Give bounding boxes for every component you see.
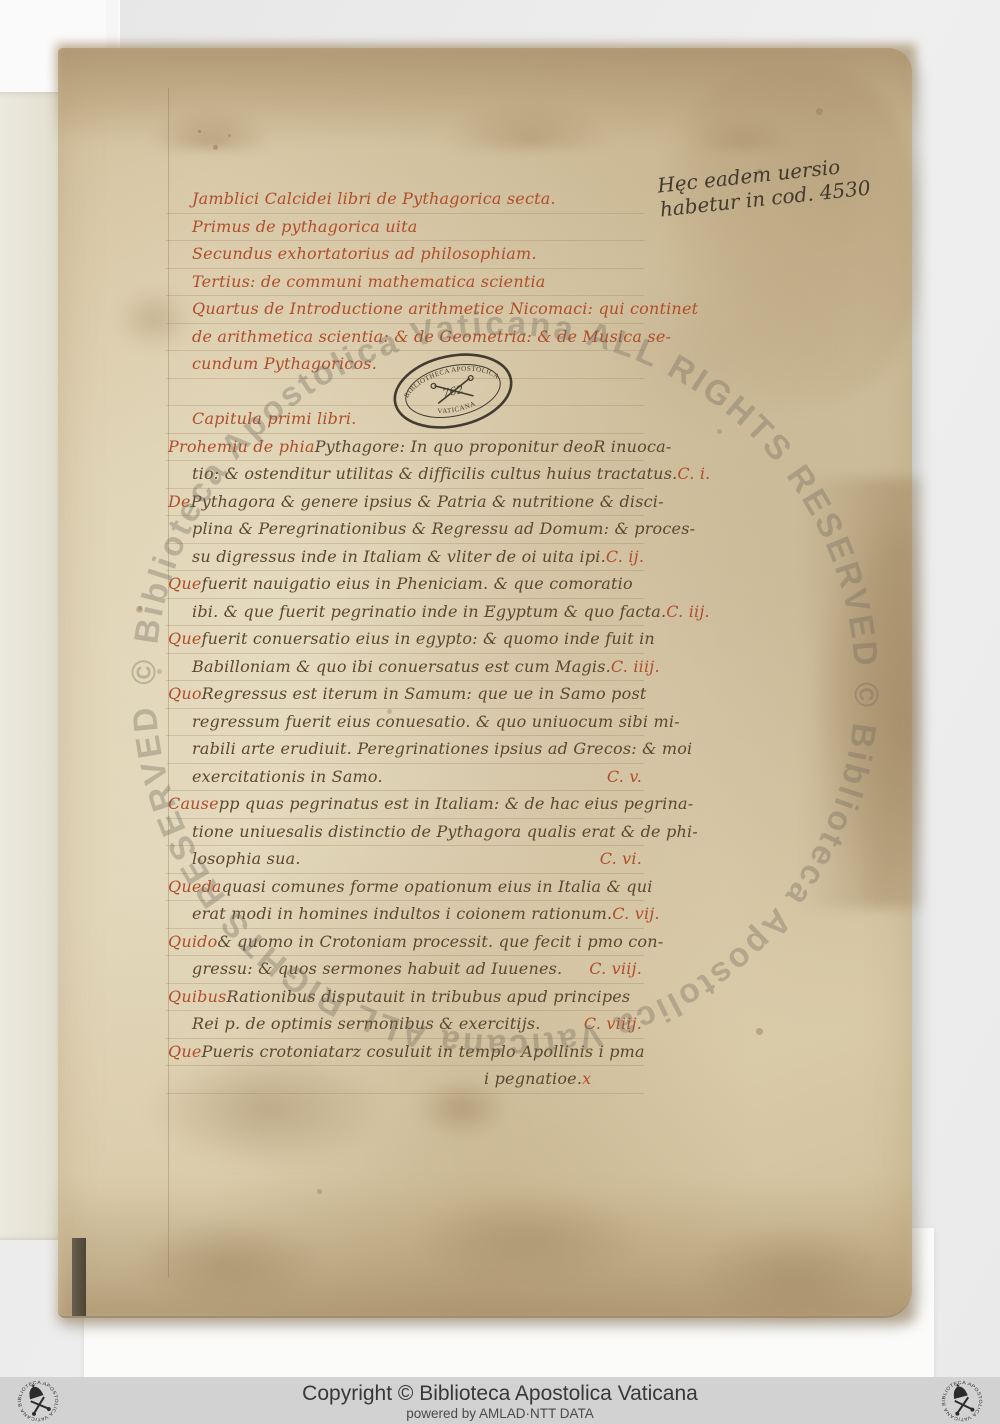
chapter-entry-line: De Pythagora & genere ipsius & Patria & … [166, 489, 644, 517]
manuscript-text-segment: Queda [168, 874, 222, 901]
manuscript-text-segment: erat modi in homines indultos i coionem … [192, 901, 612, 928]
manuscript-text-segment: fuerit nauigatio eius in Pheniciam. & qu… [202, 571, 633, 598]
manuscript-text-segment: Capitula primi libri. [192, 406, 357, 433]
manuscript-text-segment: Babilloniam & quo ibi conuersatus est cu… [192, 654, 611, 681]
svg-text:BIBLIOTECA APOSTOLICA VATICANA: BIBLIOTECA APOSTOLICA VATICANA [936, 1375, 988, 1424]
manuscript-text-segment: de arithmetica scientia: & de Geometria:… [192, 324, 671, 351]
footer-copyright: Copyright © Biblioteca Apostolica Vatica… [0, 1382, 1000, 1406]
digitized-manuscript-viewer: Jamblici Calcidei libri de Pythagorica s… [0, 0, 1000, 1424]
chapter-entry-line: Cause pp quas pegrinatus est in Italiam:… [166, 791, 644, 819]
chapter-number-ref: C. iij. [666, 599, 712, 626]
manuscript-text-segment: Quido [168, 929, 217, 956]
manuscript-text-segment: Jamblici Calcidei libri de Pythagorica s… [192, 186, 556, 213]
manuscript-text-segment: rabili arte erudiuit. Peregrinationes ip… [192, 736, 692, 763]
manuscript-heading-line: Quartus de Introductione arithmetice Nic… [166, 296, 644, 324]
chapter-entry-line: Queda quasi comunes forme opationum eius… [166, 874, 644, 902]
chapter-entry-line: plina & Peregrinationibus & Regressu ad … [166, 516, 644, 544]
marginal-note: Hęc eadem uersio habetur in cod. 4530 [656, 147, 920, 222]
water-stain-bottom [58, 1172, 914, 1322]
water-stain-top-right [668, 66, 918, 406]
manuscript-text-segment: quasi comunes forme opationum eius in It… [222, 874, 653, 901]
manuscript-text-segment: regressum fuerit eius conuesatio. & quo … [192, 709, 680, 736]
manuscript-heading-line: Jamblici Calcidei libri de Pythagorica s… [166, 186, 644, 214]
water-stain-right [790, 478, 920, 908]
manuscript-text-segment: pp quas pegrinatus est in Italiam: & de … [219, 791, 694, 818]
chapter-entry-line: Quibus Rationibus disputauit in tribubus… [166, 984, 644, 1012]
chapter-number-ref: C. vij. [612, 901, 661, 928]
chapter-entry-line: Que fuerit conuersatio eius in egypto: &… [166, 626, 644, 654]
manuscript-text-segment: Que [168, 626, 202, 653]
manuscript-text-segment: tione uniuesalis distinctio de Pythagora… [192, 819, 698, 846]
manuscript-text-segment: Secundus exhortatorius ad philosophiam. [192, 241, 537, 268]
manuscript-text-segment: Cause [168, 791, 219, 818]
manuscript-text-segment: Que [168, 1039, 202, 1066]
chapter-number-ref: C. ij. [606, 544, 646, 571]
chapter-entry-line: Quido & quomo in Crotoniam processit. qu… [166, 929, 644, 957]
manuscript-text-segment: tio: & ostenditur utilitas & difficilis … [192, 461, 677, 488]
chapter-number-ref: C. vi. [600, 846, 644, 873]
manuscript-heading-line: de arithmetica scientia: & de Geometria:… [166, 324, 644, 352]
manuscript-text-segment: Primus de pythagorica uita [192, 214, 417, 241]
manuscript-text-segment: su digressus inde in Italiam & vliter de… [192, 544, 606, 571]
chapter-entry-line: Quo Regressus est iterum in Samum: que u… [166, 681, 644, 709]
chapter-entry-line: regressum fuerit eius conuesatio. & quo … [166, 709, 644, 737]
chapter-number-ref: C. viij. [589, 956, 644, 983]
chapter-number-ref: C. v. [607, 764, 644, 791]
manuscript-text-segment: gressu: & quos sermones habuit ad Iuuene… [192, 956, 562, 983]
stamp-text-bottom: VATICANA [436, 399, 478, 417]
chapter-entry-line: tio: & ostenditur utilitas & difficilis … [166, 461, 644, 489]
manuscript-text-segment: losophia sua. [192, 846, 301, 873]
page-edge-shadow [72, 1238, 86, 1316]
manuscript-page: Jamblici Calcidei libri de Pythagorica s… [58, 48, 912, 1318]
chapter-entry-line: Que Pueris crotoniatarz cosuluit in temp… [166, 1039, 644, 1067]
chapter-entry-line: i pegnatioe. x [166, 1066, 644, 1094]
manuscript-text-segment: Quartus de Introductione arithmetice Nic… [192, 296, 698, 323]
manuscript-heading-line: Primus de pythagorica uita [166, 214, 644, 242]
chapter-entry-line: Que fuerit nauigatio eius in Pheniciam. … [166, 571, 644, 599]
manuscript-text-segment: Quo [168, 681, 202, 708]
footer-powered-by: powered by AMLAD·NTT DATA [0, 1406, 1000, 1421]
chapter-number-ref: C. viiij. [584, 1011, 644, 1038]
chapter-entry-line: erat modi in homines indultos i coionem … [166, 901, 644, 929]
water-stain-top [56, 44, 916, 149]
manuscript-text-segment: plina & Peregrinationibus & Regressu ad … [192, 516, 695, 543]
manuscript-text-segment: Pueris crotoniatarz cosuluit in templo A… [202, 1039, 645, 1066]
chapter-entry-line: gressu: & quos sermones habuit ad Iuuene… [166, 956, 644, 984]
chapter-entry-line: losophia sua.C. vi. [166, 846, 644, 874]
manuscript-text-segment: Pythagore: In quo proponitur deoR inuoca… [315, 434, 672, 461]
chapter-entry-line: Babilloniam & quo ibi conuersatus est cu… [166, 654, 644, 682]
manuscript-text-segment: Tertius: de communi mathematica scientia [192, 269, 546, 296]
chapter-number-ref: C. iiij. [611, 654, 662, 681]
manuscript-text-segment: De [168, 489, 191, 516]
chapter-entry-line: ibi. & que fuerit pegrinatio inde in Egy… [166, 599, 644, 627]
manuscript-text-block: Jamblici Calcidei libri de Pythagorica s… [166, 186, 644, 1094]
manuscript-text-segment: cundum Pythagoricos. [192, 351, 377, 378]
foxing-speckles [198, 130, 201, 133]
chapter-entry-line: tione uniuesalis distinctio de Pythagora… [166, 819, 644, 847]
chapter-entry-line: rabili arte erudiuit. Peregrinationes ip… [166, 736, 644, 764]
chapter-number-ref: C. i. [677, 461, 712, 488]
footer-bar: BIBLIOTECA APOSTOLICA VATICANA Copyright… [0, 1377, 1000, 1424]
manuscript-text-segment: x [582, 1066, 591, 1093]
manuscript-text-segment: fuerit conuersatio eius in egypto: & quo… [202, 626, 655, 653]
manuscript-text-segment: Prohemiu de phia [168, 434, 315, 461]
manuscript-heading-line: Tertius: de communi mathematica scientia [166, 269, 644, 297]
manuscript-text-segment: Pythagora & genere ipsius & Patria & nut… [191, 489, 664, 516]
manuscript-text-segment: Rei p. de optimis sermonibus & exercitij… [192, 1011, 541, 1038]
manuscript-text-segment: ibi. & que fuerit pegrinatio inde in Egy… [192, 599, 666, 626]
stamp-center-number: 762 [441, 383, 464, 400]
manuscript-text-segment: Rationibus disputauit in tribubus apud p… [227, 984, 631, 1011]
manuscript-text-segment: Quibus [168, 984, 227, 1011]
manuscript-text-segment: Que [168, 571, 202, 598]
manuscript-text-segment: i pegnatioe. [484, 1066, 582, 1093]
manuscript-text-segment: & quomo in Crotoniam processit. que feci… [217, 929, 663, 956]
chapter-entry-line: exercitationis in Samo.C. v. [166, 764, 644, 792]
manuscript-heading-line: Secundus exhortatorius ad philosophiam. [166, 241, 644, 269]
chapter-entry-line: Rei p. de optimis sermonibus & exercitij… [166, 1011, 644, 1039]
manuscript-text-segment: Regressus est iterum in Samum: que ue in… [202, 681, 647, 708]
chapter-entry-line: su digressus inde in Italiam & vliter de… [166, 544, 644, 572]
manuscript-text-segment: exercitationis in Samo. [192, 764, 383, 791]
svg-text:VATICANA: VATICANA [436, 399, 478, 417]
